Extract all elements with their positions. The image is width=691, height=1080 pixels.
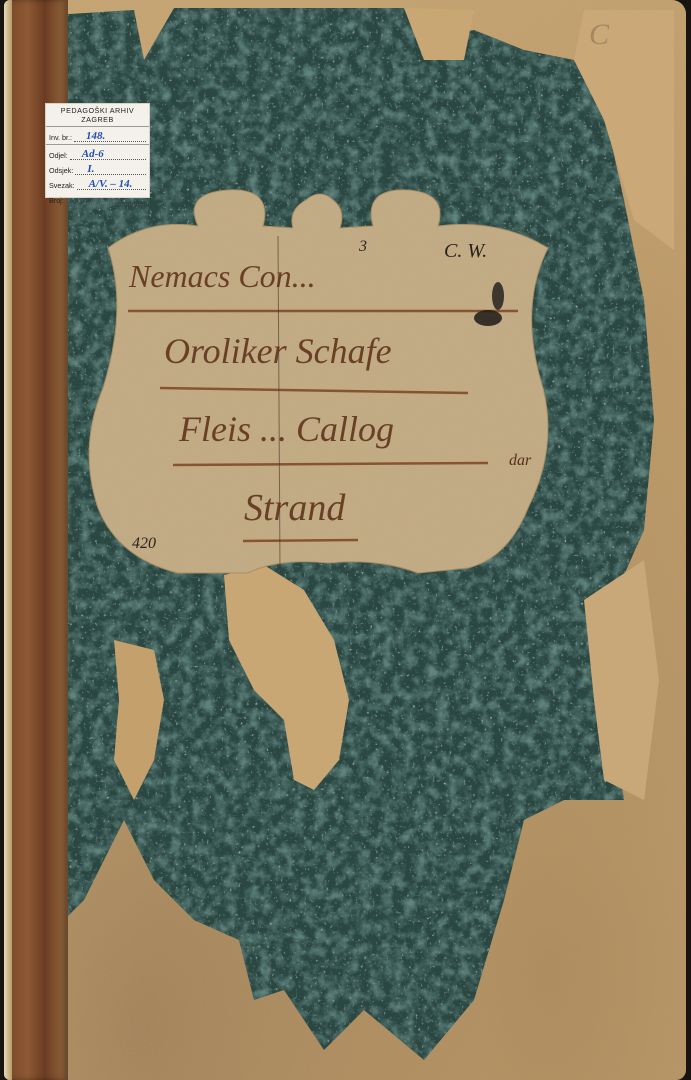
cartouche-mark-bottom-left: 420 xyxy=(132,535,156,553)
label-field-odjel: Odjel: Ad-6 xyxy=(49,145,146,160)
page-edge xyxy=(4,0,12,1080)
label-value-inv: 148. xyxy=(86,130,105,142)
cartouche-mark-right: dar xyxy=(509,452,531,470)
cartouche-line-2: Oroliker Schafe xyxy=(164,330,392,372)
label-value-svezak: A/V. – 14. xyxy=(89,178,133,190)
label-field-odsjek: Odsjek: I. xyxy=(49,160,146,175)
archive-label-title: PEDAGOŠKI ARHIV xyxy=(49,106,146,115)
cartouche-line-1: Nemacs Con... xyxy=(129,258,316,295)
label-field-inv: Inv. br.: 148. xyxy=(49,127,146,142)
label-value-odsjek: I. xyxy=(87,163,94,175)
archive-label: PEDAGOŠKI ARHIV ZAGREB Inv. br.: 148. Od… xyxy=(45,103,150,198)
book-cover: Nemacs Con... Oroliker Schafe Fleis ... … xyxy=(4,0,686,1080)
label-field-broj: Broj: xyxy=(49,190,146,205)
archive-label-city: ZAGREB xyxy=(49,115,146,124)
label-field-svezak: Svezak: A/V. – 14. xyxy=(49,175,146,190)
label-value-odjel: Ad-6 xyxy=(82,148,104,160)
pencil-mark: C xyxy=(589,18,609,52)
cartouche-mark-top-right: C. W. xyxy=(444,240,487,263)
cartouche-line-4: Strand xyxy=(244,486,345,530)
cartouche-line-3: Fleis ... Callog xyxy=(179,408,394,450)
cartouche-mark-top-center: 3 xyxy=(359,238,367,256)
